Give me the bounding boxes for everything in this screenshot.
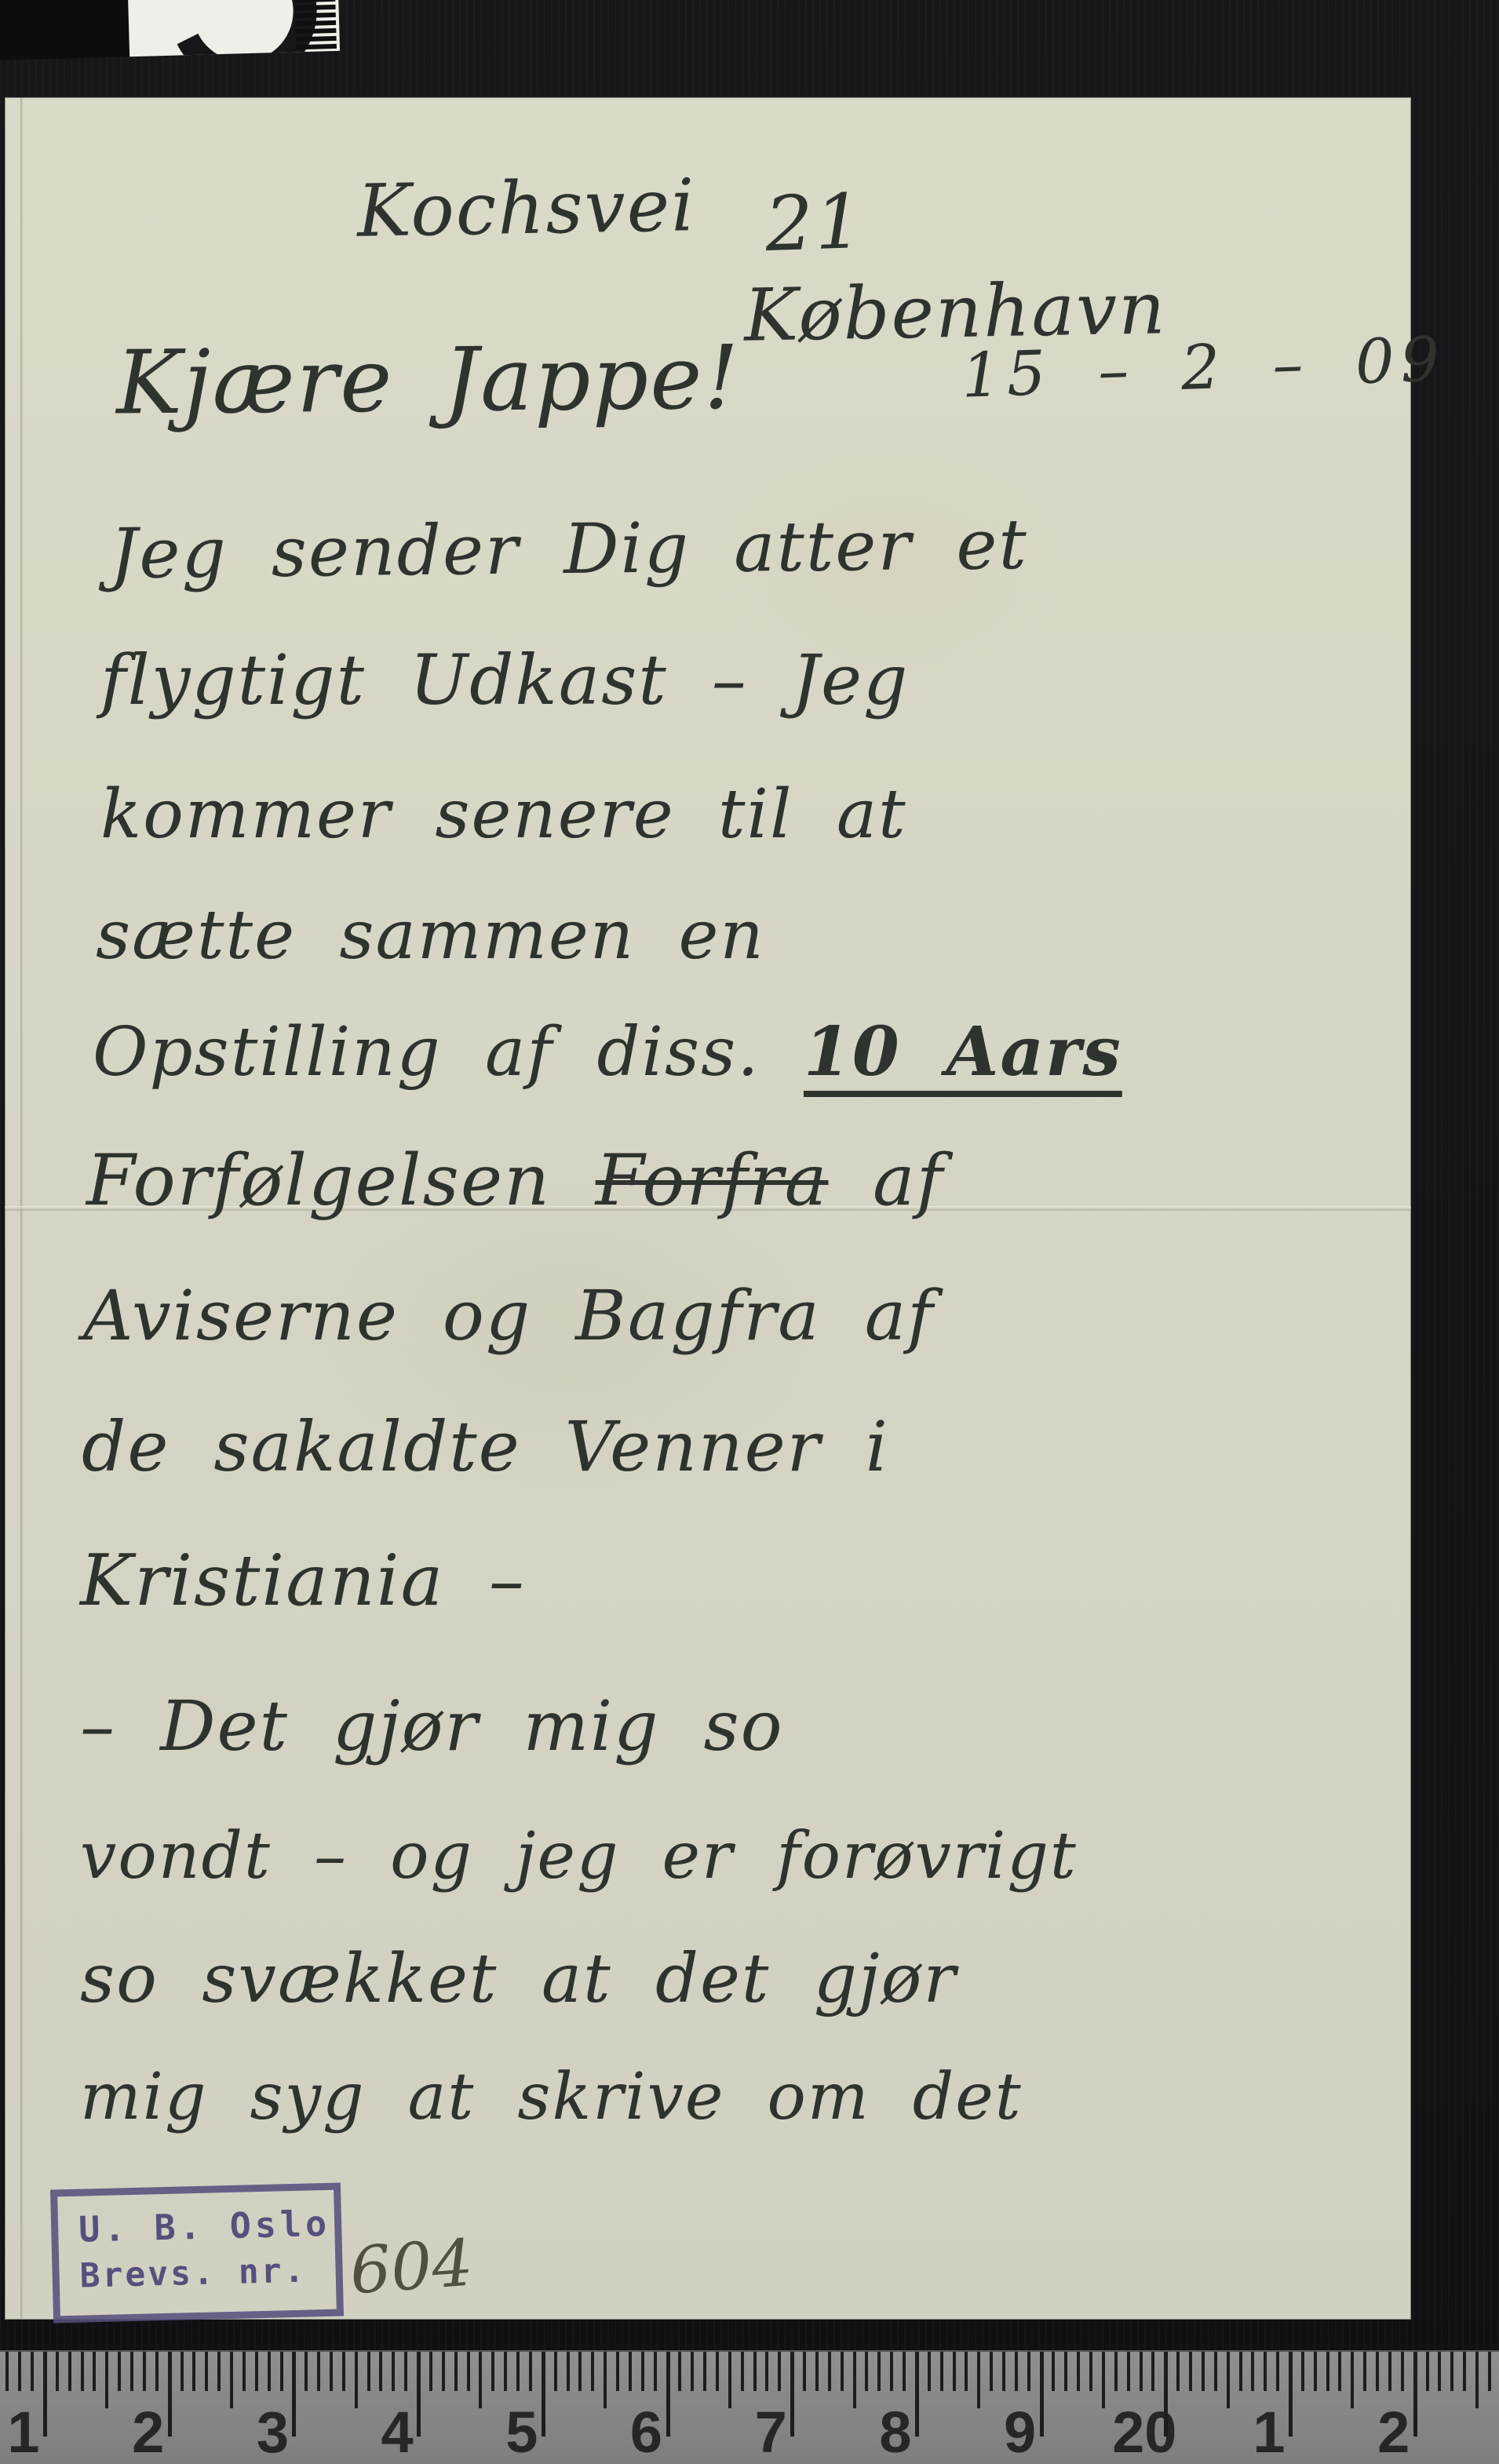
ruler-tick xyxy=(828,2352,831,2391)
ruler-tick xyxy=(1202,2352,1205,2391)
scale-bar-tick xyxy=(295,13,336,18)
ruler-tick xyxy=(591,2352,594,2391)
ruler-tick xyxy=(1164,2352,1168,2437)
ruler-number: 4 xyxy=(381,2399,414,2464)
ruler-tick xyxy=(504,2352,507,2391)
stamp-line-1: U. B. Oslo xyxy=(78,2203,335,2251)
ruler-tick xyxy=(155,2352,159,2391)
ruler-tick xyxy=(1015,2352,1018,2391)
ruler-tick xyxy=(367,2352,370,2391)
library-stamp: U. B. Oslo Brevs. nr. xyxy=(50,2183,344,2324)
ruler-tick xyxy=(305,2352,308,2391)
scale-bar-tick xyxy=(294,0,335,2)
ruler-tick xyxy=(56,2352,59,2391)
ruler-tick xyxy=(1289,2352,1293,2437)
letter-line-text: Forfølgelsen xyxy=(86,1139,596,1222)
ruler-tick xyxy=(130,2352,133,2391)
letter-line: Opstilling af diss. 10 Aars xyxy=(93,1012,1122,1092)
ruler-tick xyxy=(1077,2352,1080,2391)
ruler-tick xyxy=(1027,2352,1030,2391)
scale-bar-tick xyxy=(294,5,335,10)
ruler-number: 9 xyxy=(1004,2399,1036,2464)
ruler-tick xyxy=(43,2352,47,2437)
ruler-tick xyxy=(429,2352,432,2391)
ruler-tick xyxy=(641,2352,644,2391)
letter-line: mig syg at skrive om det xyxy=(80,2060,1023,2134)
ruler-tick xyxy=(567,2352,570,2391)
ruler-tick xyxy=(604,2352,607,2408)
scanned-letter-page: Kochsvei 21 København 15 – 2 – 09 Kjære … xyxy=(0,0,1499,2464)
ruler-tick xyxy=(230,2352,233,2408)
ruler-tick xyxy=(168,2352,172,2437)
ruler-tick xyxy=(317,2352,320,2391)
ruler-tick xyxy=(81,2352,84,2391)
scale-bar-white-segment xyxy=(128,0,340,56)
letter-line: so svækket at det gjør xyxy=(80,1940,957,2018)
ruler-tick xyxy=(1301,2352,1304,2391)
ruler-tick xyxy=(18,2352,21,2391)
ruler-tick xyxy=(841,2352,844,2391)
ruler-tick xyxy=(442,2352,445,2391)
ruler-tick xyxy=(417,2352,421,2437)
ruler-tick xyxy=(1351,2352,1354,2408)
ruler-tick xyxy=(578,2352,582,2391)
ruler-tick xyxy=(977,2352,980,2408)
ruler-tick xyxy=(1002,2352,1005,2391)
ruler-tick xyxy=(1089,2352,1092,2391)
ruler-tick xyxy=(454,2352,458,2391)
ruler-tick xyxy=(467,2352,470,2391)
stamp-line-2: Brevs. nr. xyxy=(79,2251,336,2296)
ruler-tick xyxy=(1102,2352,1105,2408)
ruler-tick xyxy=(516,2352,520,2391)
letter-line: vondt – og jeg er forøvrigt xyxy=(80,1819,1078,1894)
ruler-tick xyxy=(529,2352,532,2391)
ruler-tick xyxy=(1438,2352,1441,2391)
ruler-tick xyxy=(654,2352,657,2391)
ruler-tick xyxy=(217,2352,221,2391)
ruler-tick xyxy=(1176,2352,1180,2391)
scale-bar-tick xyxy=(296,44,337,49)
letter-line-text: af xyxy=(828,1139,944,1222)
ruler-tick xyxy=(1475,2352,1479,2408)
letter-line: kommer senere til at xyxy=(100,775,907,854)
underlined-text: 10 Aars xyxy=(804,1012,1122,1092)
ruler-tick xyxy=(1401,2352,1404,2391)
ruler-tick xyxy=(1040,2352,1044,2437)
ruler-number: 5 xyxy=(505,2399,538,2464)
ruler-tick xyxy=(105,2352,108,2408)
catalogue-number: 604 xyxy=(348,2226,476,2309)
ruler-tick xyxy=(853,2352,856,2408)
ruler-tick xyxy=(1488,2352,1491,2391)
ruler-tick xyxy=(691,2352,694,2391)
ruler-tick xyxy=(181,2352,184,2391)
ruler-number: 1 xyxy=(7,2399,39,2464)
ruler-tick xyxy=(865,2352,868,2391)
ruler-tick xyxy=(1239,2352,1242,2391)
ruler-tick xyxy=(1276,2352,1279,2391)
ruler-tick xyxy=(753,2352,757,2391)
ruler-tick xyxy=(741,2352,744,2391)
ruler-tick xyxy=(790,2352,794,2437)
ruler-tick xyxy=(192,2352,195,2391)
ruler-tick xyxy=(703,2352,706,2391)
ruler-tick xyxy=(965,2352,968,2391)
ruler-tick xyxy=(1140,2352,1143,2391)
ruler-tick xyxy=(379,2352,382,2391)
ruler-tick xyxy=(1114,2352,1118,2391)
ruler-tick xyxy=(542,2352,545,2437)
ruler-tick xyxy=(815,2352,819,2391)
ruler-tick xyxy=(404,2352,407,2391)
struck-text: Forfra xyxy=(596,1139,829,1222)
ruler-tick xyxy=(118,2352,121,2391)
ruler-tick xyxy=(292,2352,296,2437)
ruler: 12345678920123 xyxy=(0,2350,1499,2464)
scale-bar-dark-segment xyxy=(0,0,129,60)
ruler-tick xyxy=(243,2352,246,2391)
ruler-tick xyxy=(1326,2352,1329,2391)
ruler-tick xyxy=(330,2352,333,2391)
ruler-tick xyxy=(1426,2352,1429,2391)
letter-line: flygtigt Udkast – Jeg xyxy=(100,640,909,720)
ruler-tick xyxy=(268,2352,271,2391)
ruler-tick xyxy=(355,2352,358,2408)
ruler-tick xyxy=(280,2352,283,2391)
ruler-tick xyxy=(5,2352,9,2391)
ruler-tick xyxy=(255,2352,258,2391)
ruler-tick xyxy=(1376,2352,1379,2391)
ruler-tick xyxy=(728,2352,731,2408)
ruler-tick xyxy=(479,2352,482,2408)
ruler-tick xyxy=(915,2352,919,2437)
scale-bar-tick xyxy=(295,20,336,26)
ruler-number: 2 xyxy=(132,2399,164,2464)
ruler-tick xyxy=(491,2352,494,2391)
scale-bar-tick xyxy=(296,36,337,42)
ruler-tick xyxy=(990,2352,993,2391)
ruler-number: 3 xyxy=(257,2399,289,2464)
letter-line: Aviserne og Bagfra af xyxy=(83,1275,935,1356)
ruler-tick xyxy=(890,2352,893,2391)
ruler-tick xyxy=(877,2352,881,2391)
ruler-tick xyxy=(903,2352,906,2391)
ruler-tick xyxy=(616,2352,619,2391)
ruler-tick xyxy=(1189,2352,1192,2391)
ruler-tick xyxy=(1227,2352,1230,2408)
ruler-tick xyxy=(678,2352,681,2391)
ruler-number: 6 xyxy=(630,2399,662,2464)
ruler-number: 2 xyxy=(1377,2399,1410,2464)
ruler-number: 1 xyxy=(1253,2399,1285,2464)
ruler-tick xyxy=(93,2352,96,2391)
scale-bar-ticks xyxy=(288,0,337,53)
ruler-tick xyxy=(803,2352,806,2391)
ruler-tick xyxy=(629,2352,632,2391)
ruler-tick xyxy=(392,2352,395,2391)
ruler-tick xyxy=(342,2352,345,2391)
ruler-tick xyxy=(1064,2352,1067,2391)
ruler-number: 7 xyxy=(755,2399,787,2464)
letter-line: Jeg sender Dig atter et xyxy=(109,504,1028,594)
ruler-number: 8 xyxy=(879,2399,911,2464)
ruler-tick xyxy=(666,2352,670,2437)
letter-line-text: Opstilling af diss. xyxy=(93,1013,804,1092)
ruler-tick xyxy=(778,2352,781,2391)
letter-line: – Det gjør mig so xyxy=(80,1686,784,1766)
ruler-tick xyxy=(31,2352,34,2391)
ruler-tick xyxy=(716,2352,719,2391)
photo-scale-bar xyxy=(0,0,391,60)
ruler-tick xyxy=(953,2352,956,2391)
ruler-tick xyxy=(1388,2352,1391,2391)
address-number: 21 xyxy=(764,177,866,268)
ruler-tick xyxy=(1214,2352,1217,2391)
ruler-tick xyxy=(1127,2352,1130,2391)
ruler-tick xyxy=(1251,2352,1254,2391)
ruler-tick xyxy=(1413,2352,1417,2437)
letter-line: sætte sammen en xyxy=(96,896,765,975)
ruler-tick xyxy=(1450,2352,1453,2391)
ruler-tick xyxy=(940,2352,943,2391)
ruler-tick xyxy=(554,2352,557,2391)
ruler-tick xyxy=(1338,2352,1341,2391)
salutation: Kjære Jappe! xyxy=(115,327,741,435)
ruler-tick xyxy=(1314,2352,1317,2391)
address-line: Kochsvei xyxy=(356,163,696,253)
ruler-tick xyxy=(1363,2352,1366,2391)
ruler-tick xyxy=(1264,2352,1267,2391)
letter-line: Forfølgelsen Forfra af xyxy=(86,1139,944,1222)
scale-bar-tick xyxy=(295,28,336,34)
letter-line: de sakaldte Venner i xyxy=(82,1406,889,1487)
ruler-tick xyxy=(68,2352,71,2391)
ruler-tick xyxy=(1151,2352,1154,2391)
ruler-tick xyxy=(765,2352,768,2391)
ruler-tick xyxy=(928,2352,931,2391)
letter-line: Kristiania – xyxy=(80,1540,526,1622)
ruler-tick xyxy=(1052,2352,1055,2391)
ruler-tick xyxy=(143,2352,146,2391)
ruler-tick xyxy=(205,2352,208,2391)
ruler-tick xyxy=(1463,2352,1466,2391)
